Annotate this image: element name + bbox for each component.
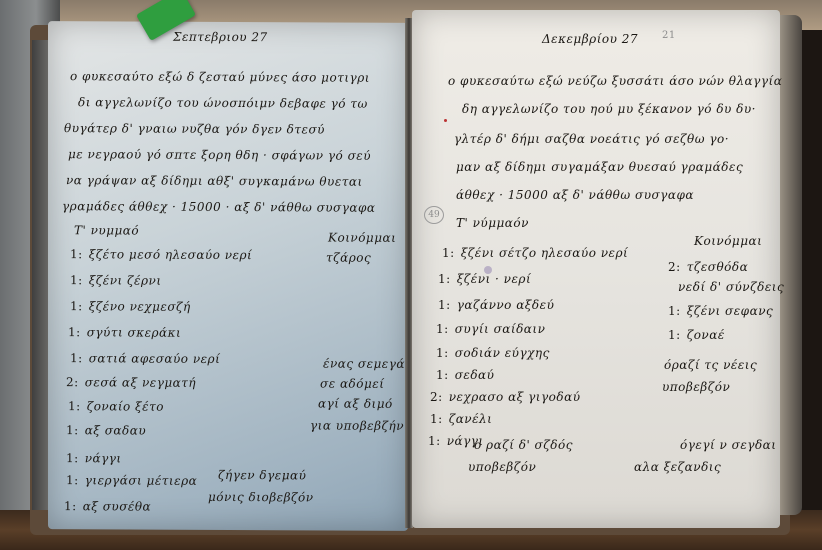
list-item: 1:συγίι σαίδαιν xyxy=(436,322,545,336)
item-text: ξζέτο μεσό ηλεσαύο νερί xyxy=(89,247,253,262)
circled-margin-number: 49 xyxy=(424,206,444,224)
item-qty: 1: xyxy=(430,412,443,426)
item-qty: 1: xyxy=(428,434,441,448)
list-item: 1:αξ συσέθα xyxy=(64,499,151,513)
item-text: ζοναίο ξέτο xyxy=(87,399,164,413)
item-qty: 1: xyxy=(436,346,449,360)
item-qty: 1: xyxy=(66,423,79,437)
item-text: νεδί δ' σύνζδεις xyxy=(678,280,784,294)
paragraph-line: γραμάδες άθθεχ · 15000 · αξ δ' νάθθω συσ… xyxy=(62,199,376,215)
list-item: 1:ξζένο νεχμεσζή xyxy=(70,299,191,314)
item-qty: 1: xyxy=(438,298,451,312)
paragraph-line: γλτέρ δ' δήμι σαζθα νοεάτις γό σεζθω γο· xyxy=(454,132,729,146)
side-note-line: Κοινόμμαι xyxy=(328,231,396,245)
item-text: ξζένο νεχμεσζή xyxy=(89,299,191,314)
folio-number: 21 xyxy=(662,30,676,41)
side-note-line: τζάρος xyxy=(326,251,371,265)
item-qty: 1: xyxy=(68,325,81,339)
side-note-line: σε αδόμεί xyxy=(320,376,384,390)
right-page-heading: Δεκεμβρίου 27 xyxy=(542,32,638,46)
list-item: 1:γιεργάσι μέτιερα xyxy=(66,473,197,488)
right-page: Δεκεμβρίου 27 21 ο φυκεσαύτω εξώ νεύζω ξ… xyxy=(412,10,780,528)
list-item: 2:νεχρασο αξ γιγοδαύ xyxy=(430,390,581,404)
red-ink-dot xyxy=(444,119,447,122)
list-item: 1:σεδαύ xyxy=(436,368,494,382)
item-qty: 1: xyxy=(70,351,83,365)
item-qty: 1: xyxy=(70,247,83,261)
list-item: 1:ξζένι ζέρνι xyxy=(70,273,162,287)
item-qty: 1: xyxy=(68,399,81,413)
item-text: νάγγι xyxy=(85,451,122,465)
item-qty: 1: xyxy=(442,246,455,260)
side-item: 2:τζεσθόδα xyxy=(668,260,748,274)
item-qty: 1: xyxy=(436,322,449,336)
side-note-line: ένας σεμεγά xyxy=(323,356,405,370)
item-text: γιεργάσι μέτιερα xyxy=(85,473,198,488)
ink-stain xyxy=(484,266,492,274)
manuscript-photo: Σεπτεβριου 27 ο φυκεσαύτο εξώ δ ζεσταύ μ… xyxy=(0,0,822,550)
left-page-heading: Σεπτεβριου 27 xyxy=(173,30,268,44)
item-text: αξ σαδαυ xyxy=(85,423,146,437)
item-text: ζανέλι xyxy=(449,412,493,426)
paragraph-line: να γράψαν αξ δίδημι αθξ' συγκαμάνω θυετα… xyxy=(66,173,363,189)
bottom-note-line: ζήγεν δγεμαύ xyxy=(218,468,306,482)
item-text: αξ συσέθα xyxy=(83,499,151,513)
list-title: Τ' νυμμαό xyxy=(74,223,139,237)
paragraph-line: δι αγγελωνίζο του ώνοσπόιμν δεβαφε γό τω xyxy=(78,95,368,111)
paragraph-line: άθθεχ · 15000 αξ δ' νάθθω συσγαφα xyxy=(456,188,694,202)
paragraph-line: μαν αξ δίδημι συγαμάξαν θυεσαύ γραμάδες xyxy=(456,160,743,174)
item-text: τζεσθόδα xyxy=(687,260,749,274)
bottom-note-line: υποβεβζόν xyxy=(468,460,536,474)
bottom-note-line: αλα ξεζανδις xyxy=(634,460,721,474)
side-note-line: αγί αξ διμό xyxy=(318,396,393,410)
side-item: νεδί δ' σύνζδεις xyxy=(678,280,784,294)
list-item: 1:ζοναίο ξέτο xyxy=(68,399,164,414)
list-item: 1:ξζέτο μεσό ηλεσαύο νερί xyxy=(70,247,252,262)
side-heading: Κοινόμμαι xyxy=(694,234,762,248)
paragraph-line: με νεγραού γό σπτε ξορη θδη · σφάγων γό … xyxy=(68,147,371,163)
item-text: συγίι σαίδαιν xyxy=(455,322,546,336)
item-qty: 1: xyxy=(668,304,681,318)
paragraph-line: ο φυκεσαύτο εξώ δ ζεσταύ μύνες άσο μοτιγ… xyxy=(70,69,370,85)
item-qty: 1: xyxy=(64,499,77,513)
list-item: 1:σατιά αφεσαύο νερί xyxy=(70,351,220,366)
paragraph-line: δη αγγελωνίζο του ηού μυ ξέκανον γό δυ δ… xyxy=(462,102,756,116)
item-qty: 1: xyxy=(66,473,79,487)
bottom-note-line: ο ραζί δ' σζδός xyxy=(474,438,573,452)
item-qty: 1: xyxy=(438,272,451,286)
item-text: σοδιάν εύγχης xyxy=(455,346,550,360)
item-text: ξζένι ζέρνι xyxy=(89,273,162,287)
item-qty: 1: xyxy=(70,299,83,313)
side-note-line: όραζί τς νέεις xyxy=(664,358,757,372)
list-item: 1:ξζένι · νερί xyxy=(438,272,531,286)
item-text: ξζένι σεφανς xyxy=(687,304,774,318)
side-note-line: υποβεβζόν xyxy=(662,380,730,394)
item-qty: 2: xyxy=(668,260,681,274)
item-text: ζοναέ xyxy=(687,328,725,342)
item-text: ξζένι σέτζο ηλεσαύο νερί xyxy=(461,246,629,260)
item-text: σεδαύ xyxy=(455,368,495,382)
list-item: 2:σεσά αξ νεγματή xyxy=(66,375,196,390)
paragraph-line: θυγάτερ δ' γναιω νυζθα γόν δγεν δτεσύ xyxy=(64,121,325,136)
item-qty: 1: xyxy=(70,273,83,287)
item-qty: 1: xyxy=(66,451,79,465)
list-item: 1:γαζάννο αξδεύ xyxy=(438,298,554,312)
list-item: 1:νάγγι xyxy=(66,451,122,465)
item-text: σγύτι σκεράκι xyxy=(87,325,182,339)
item-text: γαζάννο αξδεύ xyxy=(457,298,555,312)
list-item: 1:ξζένι σέτζο ηλεσαύο νερί xyxy=(442,246,628,260)
item-text: ξζένι · νερί xyxy=(457,272,532,286)
list-title: Τ' νύμμαόν xyxy=(456,216,529,230)
left-page: Σεπτεβριου 27 ο φυκεσαύτο εξώ δ ζεσταύ μ… xyxy=(48,21,408,531)
item-text: νεχρασο αξ γιγοδαύ xyxy=(449,390,581,404)
list-item: 1:σοδιάν εύγχης xyxy=(436,346,550,360)
item-text: σεσά αξ νεγματή xyxy=(85,375,196,390)
list-item: 1:ζανέλι xyxy=(430,412,492,426)
list-item: 1:σγύτι σκεράκι xyxy=(68,325,181,340)
side-item: 1:ξζένι σεφανς xyxy=(668,304,773,318)
list-item: 1:αξ σαδαυ xyxy=(66,423,146,437)
item-qty: 2: xyxy=(66,375,79,389)
item-qty: 1: xyxy=(436,368,449,382)
side-note-line: για υποβεβζήν xyxy=(310,418,404,432)
item-text: σατιά αφεσαύο νερί xyxy=(89,351,221,366)
bottom-note-line: όγεγί ν σεγδαι xyxy=(680,438,776,452)
side-item: 1:ζοναέ xyxy=(668,328,725,342)
paragraph-line: ο φυκεσαύτω εξώ νεύζω ξυσσάτι άσο νών θλ… xyxy=(448,74,782,88)
bottom-note-line: μόνις διοβεβζόν xyxy=(208,490,314,505)
item-qty: 2: xyxy=(430,390,443,404)
item-qty: 1: xyxy=(668,328,681,342)
